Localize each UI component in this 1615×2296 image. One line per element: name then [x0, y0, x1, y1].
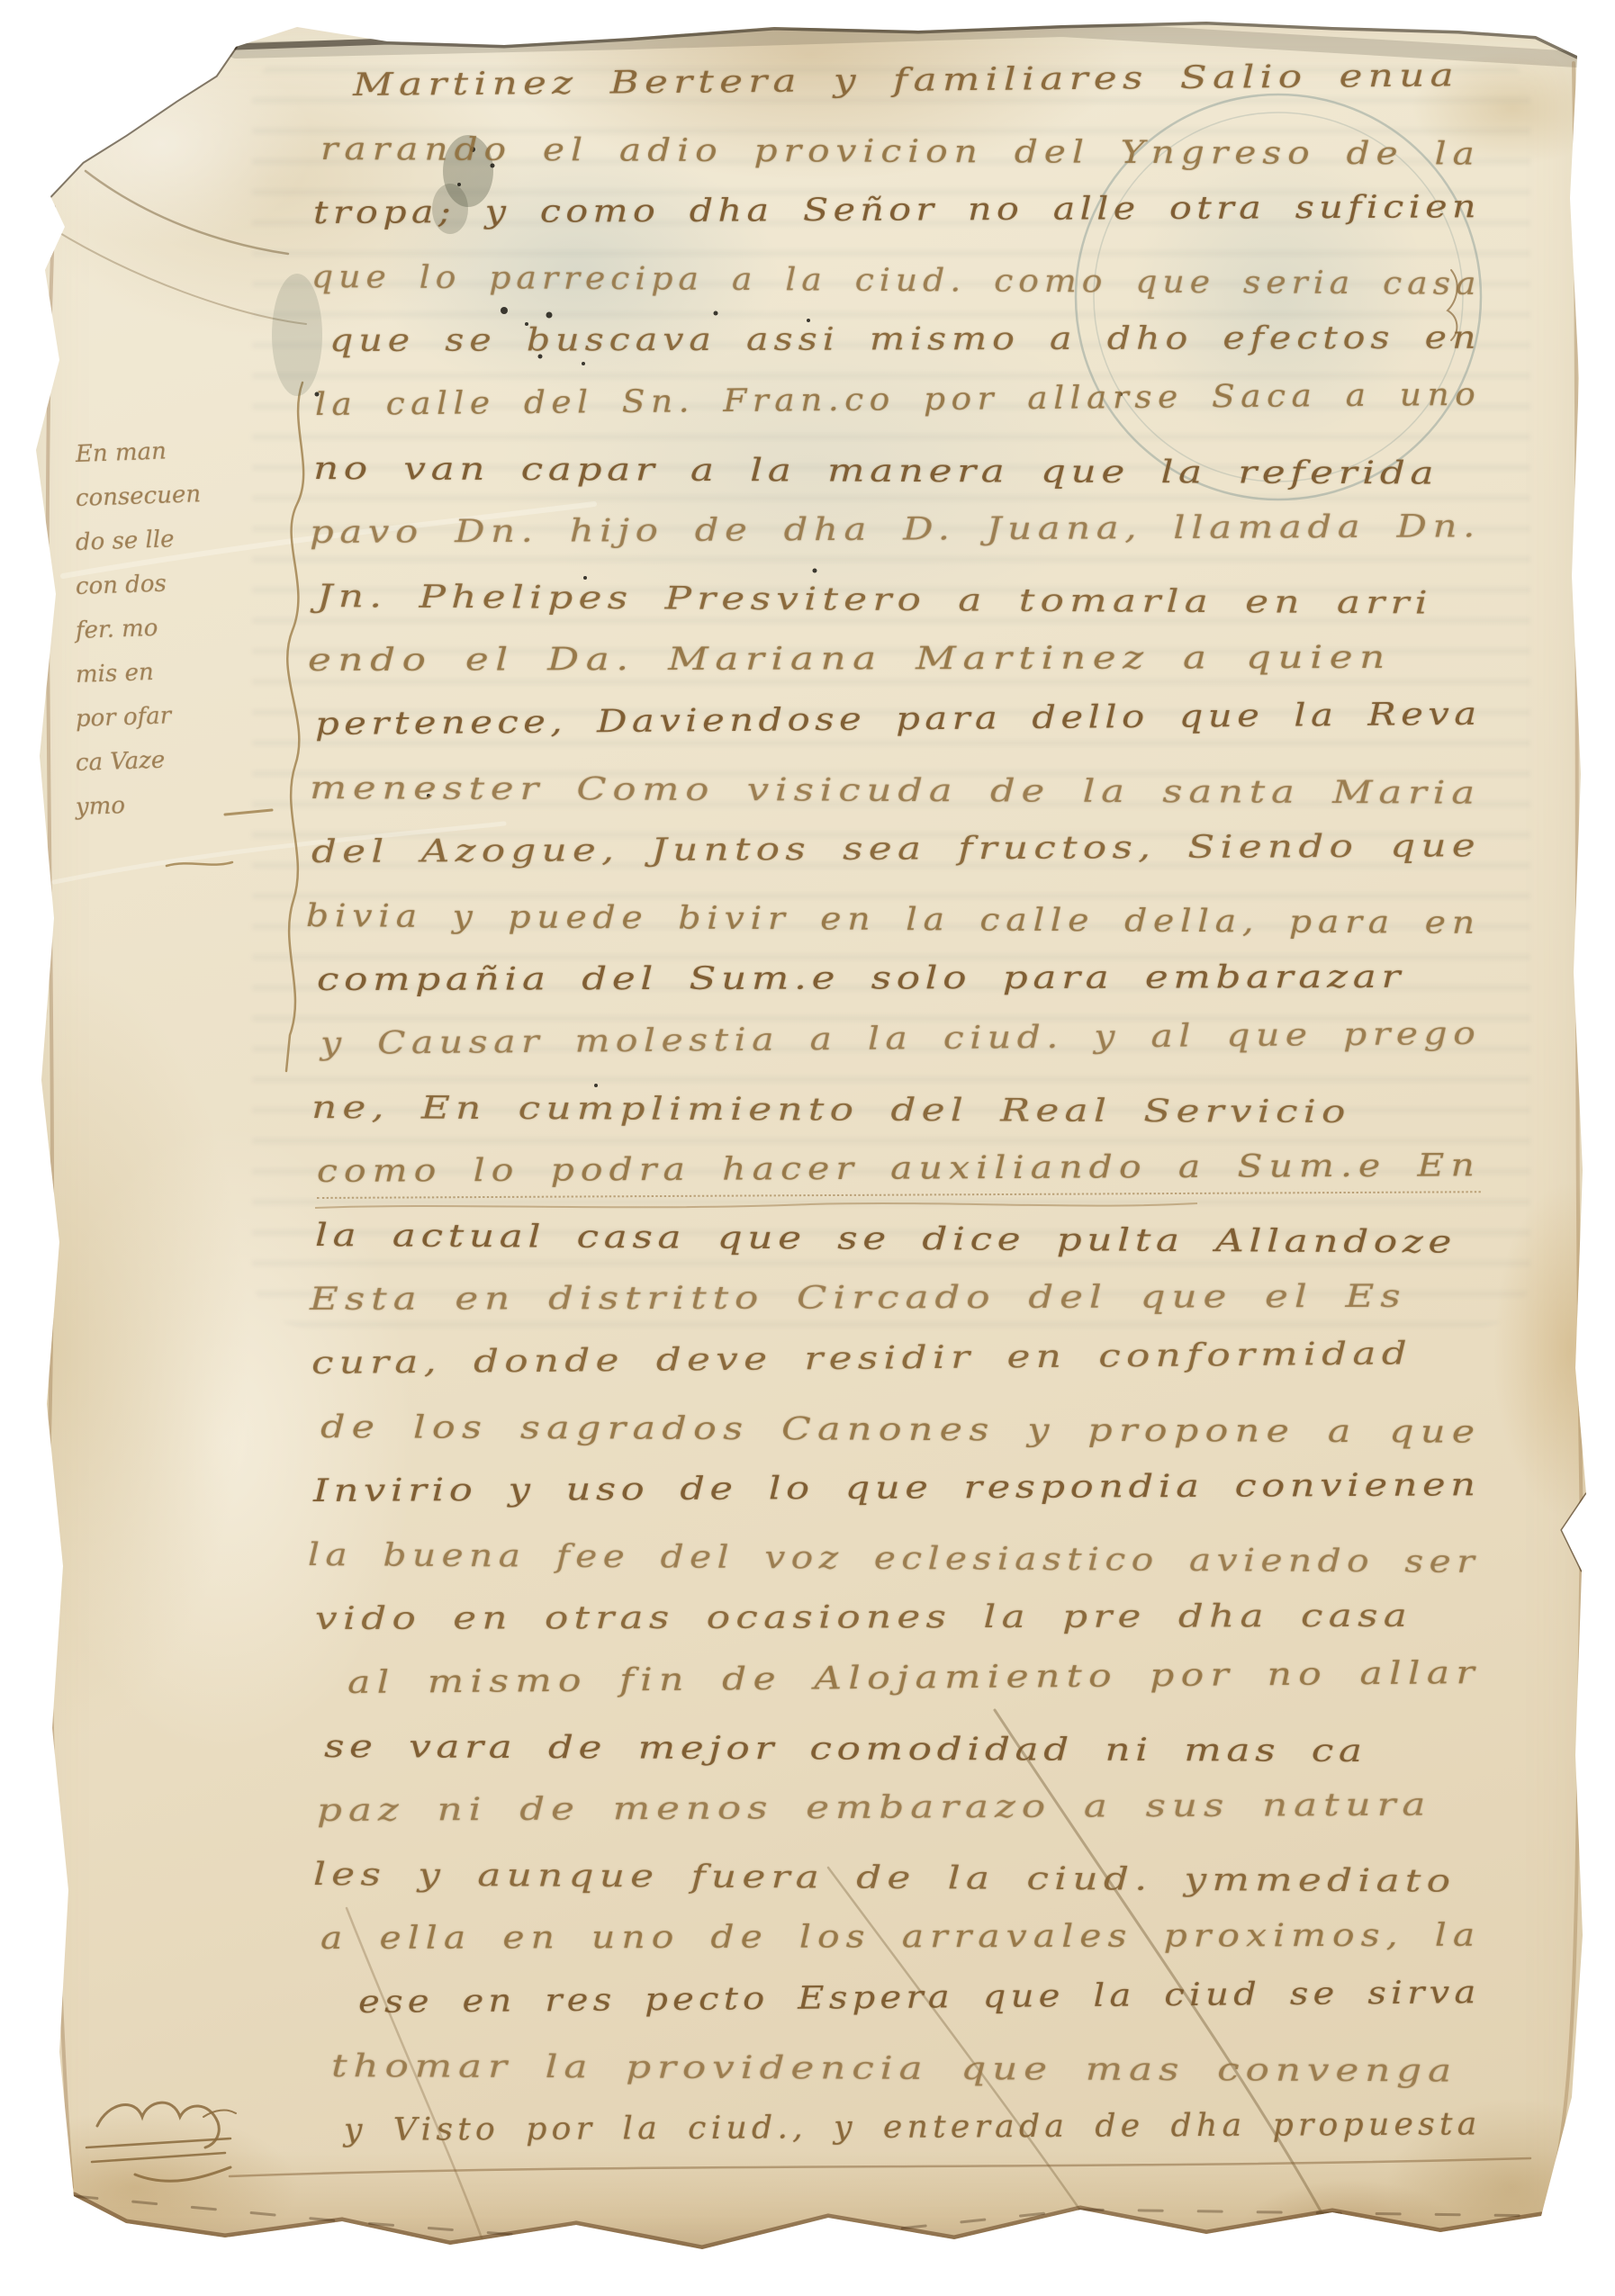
manuscript-page: Martinez Bertera y familiares Salio enua…: [0, 0, 1615, 2296]
margin-note-line: ymo: [75, 786, 126, 827]
margin-note-line: do se lle: [75, 519, 175, 563]
margin-note-line: consecuen: [75, 474, 202, 518]
margin-note-line: ca Vaze: [75, 741, 166, 783]
scanned-document: Martinez Bertera y familiares Salio enua…: [0, 0, 1615, 2296]
margin-note-line: mis en: [75, 653, 154, 695]
margin-note: En manconsecuendo se llecon dosfer. momi…: [0, 0, 1615, 2296]
margin-note-line: con dos: [75, 563, 167, 606]
margin-note-line: En man: [75, 431, 167, 473]
margin-note-line: fer. mo: [75, 608, 158, 651]
margin-note-line: por ofar: [75, 696, 172, 739]
